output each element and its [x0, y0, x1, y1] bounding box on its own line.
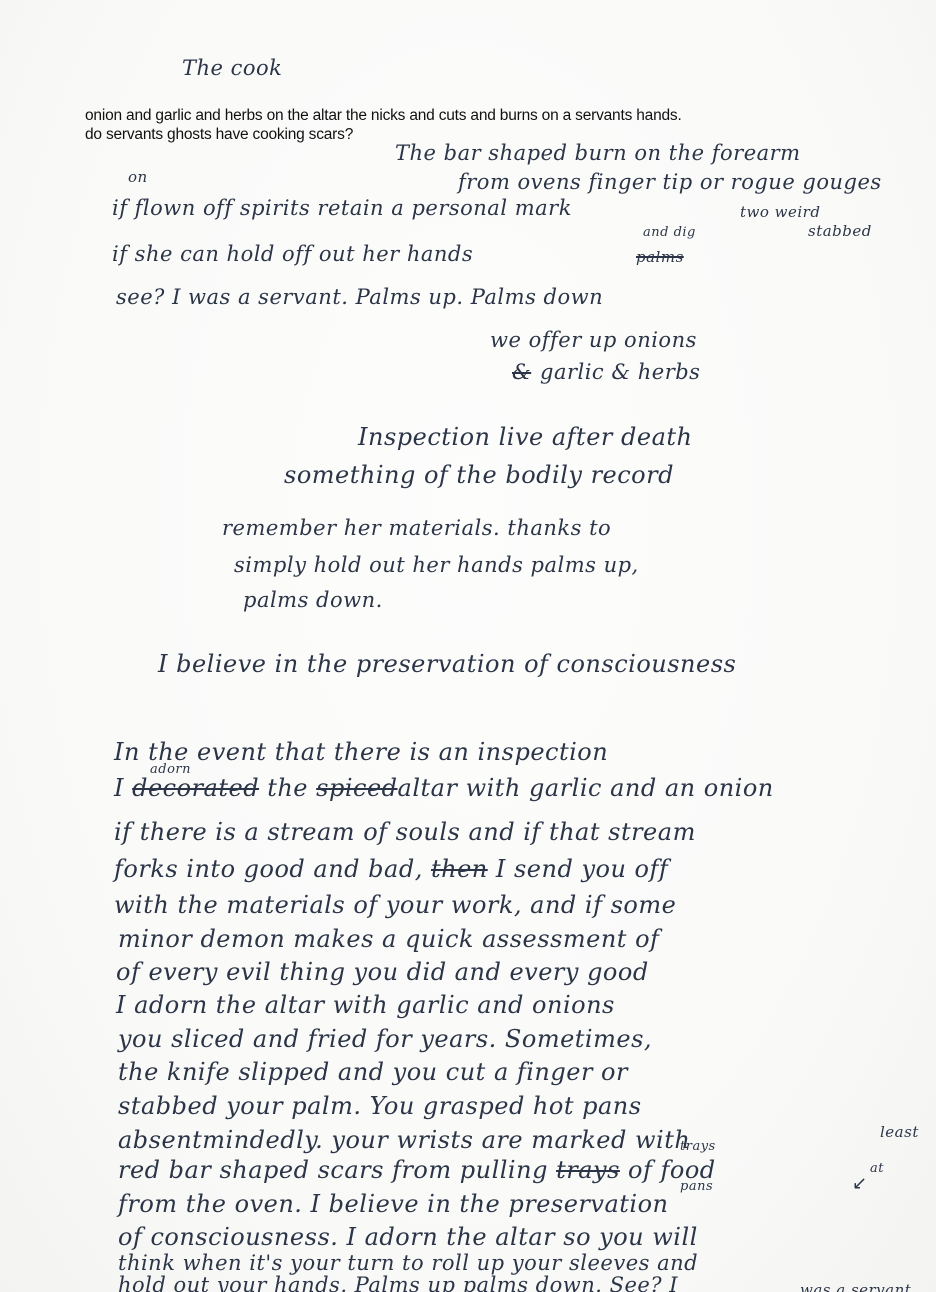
draft-line: minor demon makes a quick assessment of	[118, 927, 659, 951]
struck-word: then	[431, 855, 488, 883]
insert-note: at	[870, 1162, 884, 1175]
draft-line: absentmindedly. your wrists are marked w…	[118, 1128, 690, 1152]
note-line: garlic & herbs	[540, 362, 700, 383]
struck-word: spiced	[316, 774, 397, 802]
draft-text: red bar shaped scars from pulling	[118, 1156, 548, 1184]
handwritten-page: The cook onion and garlic and herbs on t…	[0, 0, 936, 1292]
note-line: remember her materials. thanks to	[222, 518, 611, 539]
draft-line: think when it's your turn to roll up you…	[118, 1253, 698, 1274]
belief-line: I believe in the preservation of conscio…	[158, 652, 736, 676]
side-note: two weird	[740, 205, 820, 220]
draft-line: from the oven. I believe in the preserva…	[118, 1192, 669, 1216]
draft-text: forks into good and bad,	[114, 855, 423, 883]
draft-line: I adorn the altar with garlic and onions	[116, 993, 615, 1017]
page-title: The cook	[182, 58, 282, 79]
struck-word: decorated	[132, 774, 259, 802]
note-line: if flown off spirits retain a personal m…	[112, 198, 572, 219]
side-note: least	[880, 1125, 919, 1140]
draft-line: you sliced and fried for years. Sometime…	[118, 1027, 652, 1051]
struck-word: trays	[556, 1156, 620, 1184]
draft-text: I send you off	[496, 855, 668, 883]
draft-line: the knife slipped and you cut a finger o…	[118, 1060, 628, 1084]
draft-text: I	[114, 774, 132, 802]
draft-line: was a servant	[800, 1283, 911, 1292]
note-line: we offer up onions	[490, 330, 697, 351]
typed-intro-line-1: onion and garlic and herbs on the altar …	[85, 106, 682, 125]
draft-line: of consciousness. I adorn the altar so y…	[118, 1225, 698, 1249]
draft-line: with the materials of your work, and if …	[114, 893, 676, 917]
note-line: The bar shaped burn on the forearm	[395, 143, 801, 164]
note-line: see? I was a servant. Palms up. Palms do…	[116, 287, 603, 308]
struck-word: &	[512, 362, 531, 383]
side-note: stabbed	[808, 224, 872, 239]
note-line: Inspection live after death	[358, 425, 692, 449]
draft-line: stabbed your palm. You grasped hot pans	[118, 1094, 642, 1118]
typed-intro-line-2: do servants ghosts have cooking scars?	[85, 125, 353, 144]
note-line: palms down.	[243, 590, 383, 611]
insert-note: pans	[680, 1180, 713, 1193]
draft-line: hold out your hands. Palms up palms down…	[118, 1275, 678, 1292]
insert-note: trays	[680, 1140, 716, 1153]
note-line: simply hold out her hands palms up,	[234, 555, 639, 576]
margin-note: on	[128, 170, 148, 185]
struck-word: palms	[636, 250, 684, 265]
note-line: if she can hold off out her hands	[112, 244, 473, 265]
insert-note: and dig	[643, 226, 696, 239]
note-line: something of the bodily record	[284, 463, 674, 487]
draft-line: of every evil thing you did and every go…	[116, 960, 649, 984]
draft-line: if there is a stream of souls and if tha…	[114, 820, 696, 844]
draft-text: altar with garlic and an onion	[398, 774, 774, 802]
draft-line: In the event that there is an inspection	[114, 740, 608, 764]
note-line: from ovens finger tip or rogue gouges	[458, 172, 882, 193]
draft-text: the	[267, 774, 308, 802]
insertion-arrow-icon: ↙	[852, 1173, 867, 1194]
